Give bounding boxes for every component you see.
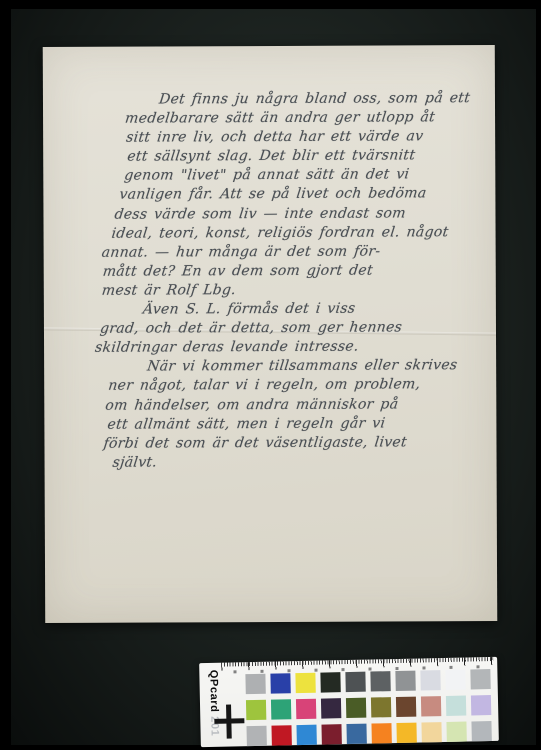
color-swatch-r2c6 xyxy=(371,697,391,717)
color-swatch-r2c3 xyxy=(296,699,316,719)
handwritten-line: skildringar deras levande intresse. xyxy=(94,337,488,358)
color-swatch-r3c4 xyxy=(321,724,341,744)
handwritten-line: mest är Rolf Lbg. xyxy=(101,280,488,301)
handwritten-line: om händelser, om andra människor på xyxy=(104,395,488,416)
handwritten-line: mått det? En av dem som gjort det xyxy=(102,261,488,282)
handwritten-line: ett sällsynt slag. Det blir ett tvärsnit… xyxy=(126,146,487,167)
handwritten-line: När vi kommer tillsammans eller skrives xyxy=(146,356,488,377)
color-swatch-r2c5 xyxy=(346,698,366,718)
registration-cross-icon xyxy=(214,704,245,739)
handwritten-line: genom "livet" på annat sätt än det vi xyxy=(123,165,487,186)
handwritten-line: dess värde som liv — inte endast som xyxy=(113,204,487,225)
color-swatch-r1c6 xyxy=(370,671,390,691)
color-swatch-r2c10 xyxy=(471,695,491,715)
color-swatch-r2c1 xyxy=(246,700,266,720)
color-swatch-r3c1 xyxy=(246,726,266,746)
handwritten-line: medelbarare sätt än andra ger utlopp åt xyxy=(124,108,487,129)
color-swatch-r2c2 xyxy=(271,699,291,719)
color-swatch-r3c3 xyxy=(296,725,316,745)
color-swatch-r1c1 xyxy=(245,674,265,694)
color-swatch-grid xyxy=(245,669,491,746)
color-swatch-r2c9 xyxy=(446,696,466,716)
color-swatch-r3c5 xyxy=(346,724,366,744)
handwritten-line: sitt inre liv, och detta har ett värde a… xyxy=(125,127,487,148)
color-calibration-card: QPcard 201 xyxy=(199,657,499,747)
handwritten-line: annat. — hur många är det som för- xyxy=(101,242,488,263)
color-swatch-r1c7 xyxy=(395,671,415,691)
color-swatch-r1c5 xyxy=(345,672,365,692)
handwritten-line: Det finns ju några bland oss, som på ett xyxy=(158,89,487,110)
color-swatch-r3c6 xyxy=(371,723,391,743)
letter-page: Det finns ju några bland oss, som på ett… xyxy=(43,45,498,623)
dark-backdrop: Det finns ju några bland oss, som på ett… xyxy=(11,9,536,745)
color-swatch-r1c2 xyxy=(270,673,290,693)
handwritten-line: grad, och det är detta, som ger hennes xyxy=(99,318,488,339)
handwritten-line: självt. xyxy=(111,452,488,473)
color-swatch-r2c8 xyxy=(421,696,441,716)
color-swatch-r2c7 xyxy=(396,697,416,717)
color-swatch-r3c10 xyxy=(471,721,491,741)
handwritten-line: vanligen får. Att se på livet och bedöma xyxy=(118,185,487,206)
color-swatch-r1c8 xyxy=(420,670,440,690)
handwritten-line: ner något, talar vi i regeln, om problem… xyxy=(107,375,488,396)
handwritten-line: ideal, teori, konst, religiös fordran el… xyxy=(110,223,487,244)
color-swatch-r1c9 xyxy=(445,670,465,690)
photo-frame: Det finns ju några bland oss, som på ett… xyxy=(0,0,541,750)
handwritten-line: ett allmänt sätt, men i regeln går vi xyxy=(106,414,488,435)
color-swatch-r1c10 xyxy=(470,669,490,689)
color-swatch-r3c8 xyxy=(421,722,441,742)
color-swatch-r1c3 xyxy=(295,673,315,693)
color-swatch-r3c2 xyxy=(271,725,291,745)
color-swatch-r3c9 xyxy=(446,722,466,742)
handwriting-block: Det finns ju några bland oss, som på ett… xyxy=(94,89,488,473)
color-swatch-r3c7 xyxy=(396,723,416,743)
color-swatch-r1c4 xyxy=(320,672,340,692)
color-swatch-r2c4 xyxy=(321,698,341,718)
handwritten-line: Även S. L. förmås det i viss xyxy=(142,299,488,320)
handwritten-line: förbi det som är det väsentligaste, live… xyxy=(102,433,488,454)
